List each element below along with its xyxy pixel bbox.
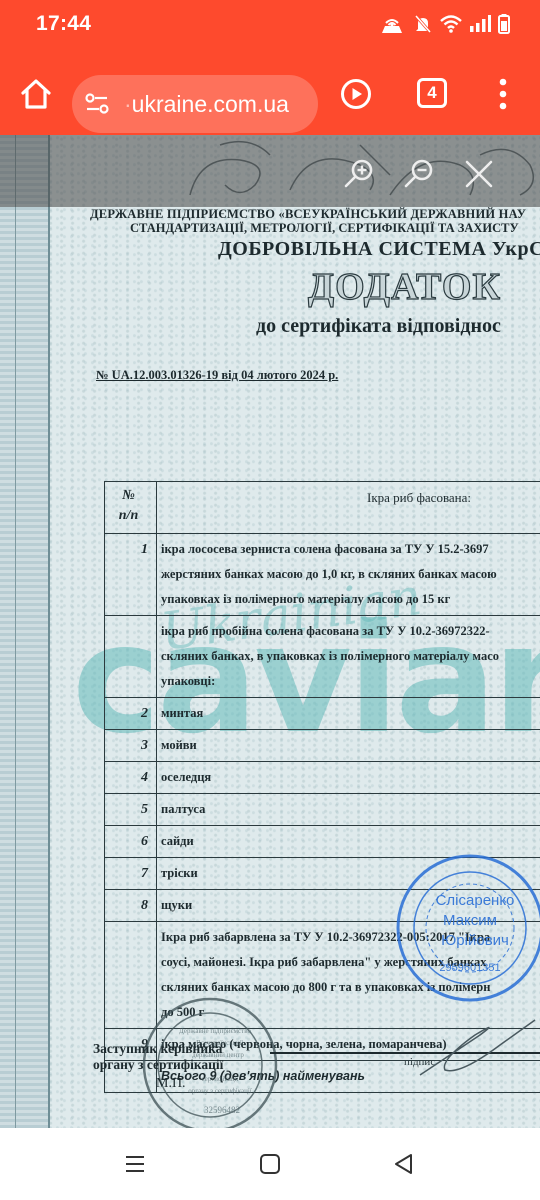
row-description: оселедця xyxy=(157,762,540,794)
wifi-icon xyxy=(440,15,462,33)
home-button[interactable] xyxy=(18,76,54,112)
handwritten-signature xyxy=(410,1015,540,1085)
home-nav-button[interactable] xyxy=(258,1152,282,1176)
hotspot-icon xyxy=(378,14,406,34)
row-description: минтая xyxy=(157,698,540,730)
signatory-title-line2: органу з сертифікації xyxy=(93,1057,223,1073)
row-number: 4 xyxy=(105,762,157,794)
recents-button[interactable] xyxy=(123,1152,147,1176)
tabs-button[interactable]: 4 xyxy=(417,78,447,108)
browser-toolbar: ·ukraine.com.ua 4 xyxy=(0,50,540,135)
table-row: 2минтая xyxy=(105,698,540,730)
row-number: 3 xyxy=(105,730,157,762)
document-subtitle: до сертифіката відповіднос xyxy=(256,315,501,338)
header-title: Ікра риб фасована: xyxy=(157,482,540,534)
certificate-number: № UA.12.003.01326-19 від 04 лютого 2024 … xyxy=(96,368,338,383)
blue-stamp: Слісаренко Максим Юрійович 2959601351 xyxy=(380,843,540,1013)
table-header-row: №п/п Ікра риб фасована: xyxy=(105,482,540,534)
svg-text:Державне підприємство: Державне підприємство xyxy=(179,1027,251,1035)
zoom-in-icon[interactable] xyxy=(342,157,376,191)
table-row: 1ікра лососева зерниста солена фасована … xyxy=(105,534,540,616)
row-description: ікра лососева зерниста солена фасована з… xyxy=(157,534,540,616)
svg-text:Слісаренко: Слісаренко xyxy=(436,892,515,909)
row-number xyxy=(105,616,157,698)
row-number: 1 xyxy=(105,534,157,616)
table-row: ікра риб пробійна солена фасована за ТУ … xyxy=(105,616,540,698)
battery-icon xyxy=(498,14,510,34)
seal-label: М.П. xyxy=(156,1076,186,1092)
signal-icon xyxy=(469,15,491,33)
zoom-out-icon[interactable] xyxy=(402,157,436,191)
border-line xyxy=(48,135,50,1128)
svg-text:Максим: Максим xyxy=(443,912,497,929)
row-description: палтуса xyxy=(157,794,540,826)
viewer-controls-bar xyxy=(0,135,540,207)
status-icons xyxy=(378,14,510,34)
image-viewer[interactable]: ДЕРЖАВНЕ ПІДПРИЄМСТВО «ВСЕУКРАЇНСЬКИЙ ДЕ… xyxy=(0,135,540,1128)
status-time: 17:44 xyxy=(36,12,91,36)
org-name-line1: ДЕРЖАВНЕ ПІДПРИЄМСТВО «ВСЕУКРАЇНСЬКИЙ ДЕ… xyxy=(90,207,526,222)
row-number: 6 xyxy=(105,826,157,858)
url-text[interactable]: ·ukraine.com.ua xyxy=(124,91,289,118)
signatory-title-line1: Заступник керівника xyxy=(93,1041,222,1057)
svg-text:2959601351: 2959601351 xyxy=(439,962,500,974)
row-number: 8 xyxy=(105,890,157,922)
table-row: 3мойви xyxy=(105,730,540,762)
close-icon[interactable] xyxy=(462,157,496,191)
row-description: мойви xyxy=(157,730,540,762)
row-number: 5 xyxy=(105,794,157,826)
mute-bell-icon xyxy=(413,14,433,34)
document-left-border xyxy=(0,135,50,1128)
row-description: ікра риб пробійна солена фасована за ТУ … xyxy=(157,616,540,698)
certification-system: ДОБРОВІЛЬНА СИСТЕМА УкрС xyxy=(218,238,540,261)
url-bar[interactable]: ·ukraine.com.ua xyxy=(72,75,318,133)
svg-text:Юрійович: Юрійович xyxy=(441,932,509,949)
row-number: 2 xyxy=(105,698,157,730)
status-bar: 17:44 xyxy=(0,0,540,50)
back-button[interactable] xyxy=(392,1152,416,1176)
row-number: 7 xyxy=(105,858,157,890)
system-nav-bar xyxy=(0,1128,540,1200)
svg-text:32596482: 32596482 xyxy=(204,1105,240,1115)
document-title: ДОДАТОК xyxy=(308,265,501,309)
play-button[interactable] xyxy=(340,78,372,110)
more-menu-icon[interactable] xyxy=(494,76,512,112)
header-number: №п/п xyxy=(105,482,157,534)
table-row: 4оселедця xyxy=(105,762,540,794)
table-row: 5палтуса xyxy=(105,794,540,826)
border-line xyxy=(15,135,16,1128)
svg-text:сертифікації: сертифікації xyxy=(201,1075,238,1083)
org-name-line2: СТАНДАРТИЗАЦІЇ, МЕТРОЛОГІЇ, СЕРТИФІКАЦІЇ… xyxy=(130,221,519,236)
svg-text:органу з сертифікації: органу з сертифікації xyxy=(188,1087,252,1095)
site-settings-icon[interactable] xyxy=(84,91,110,117)
